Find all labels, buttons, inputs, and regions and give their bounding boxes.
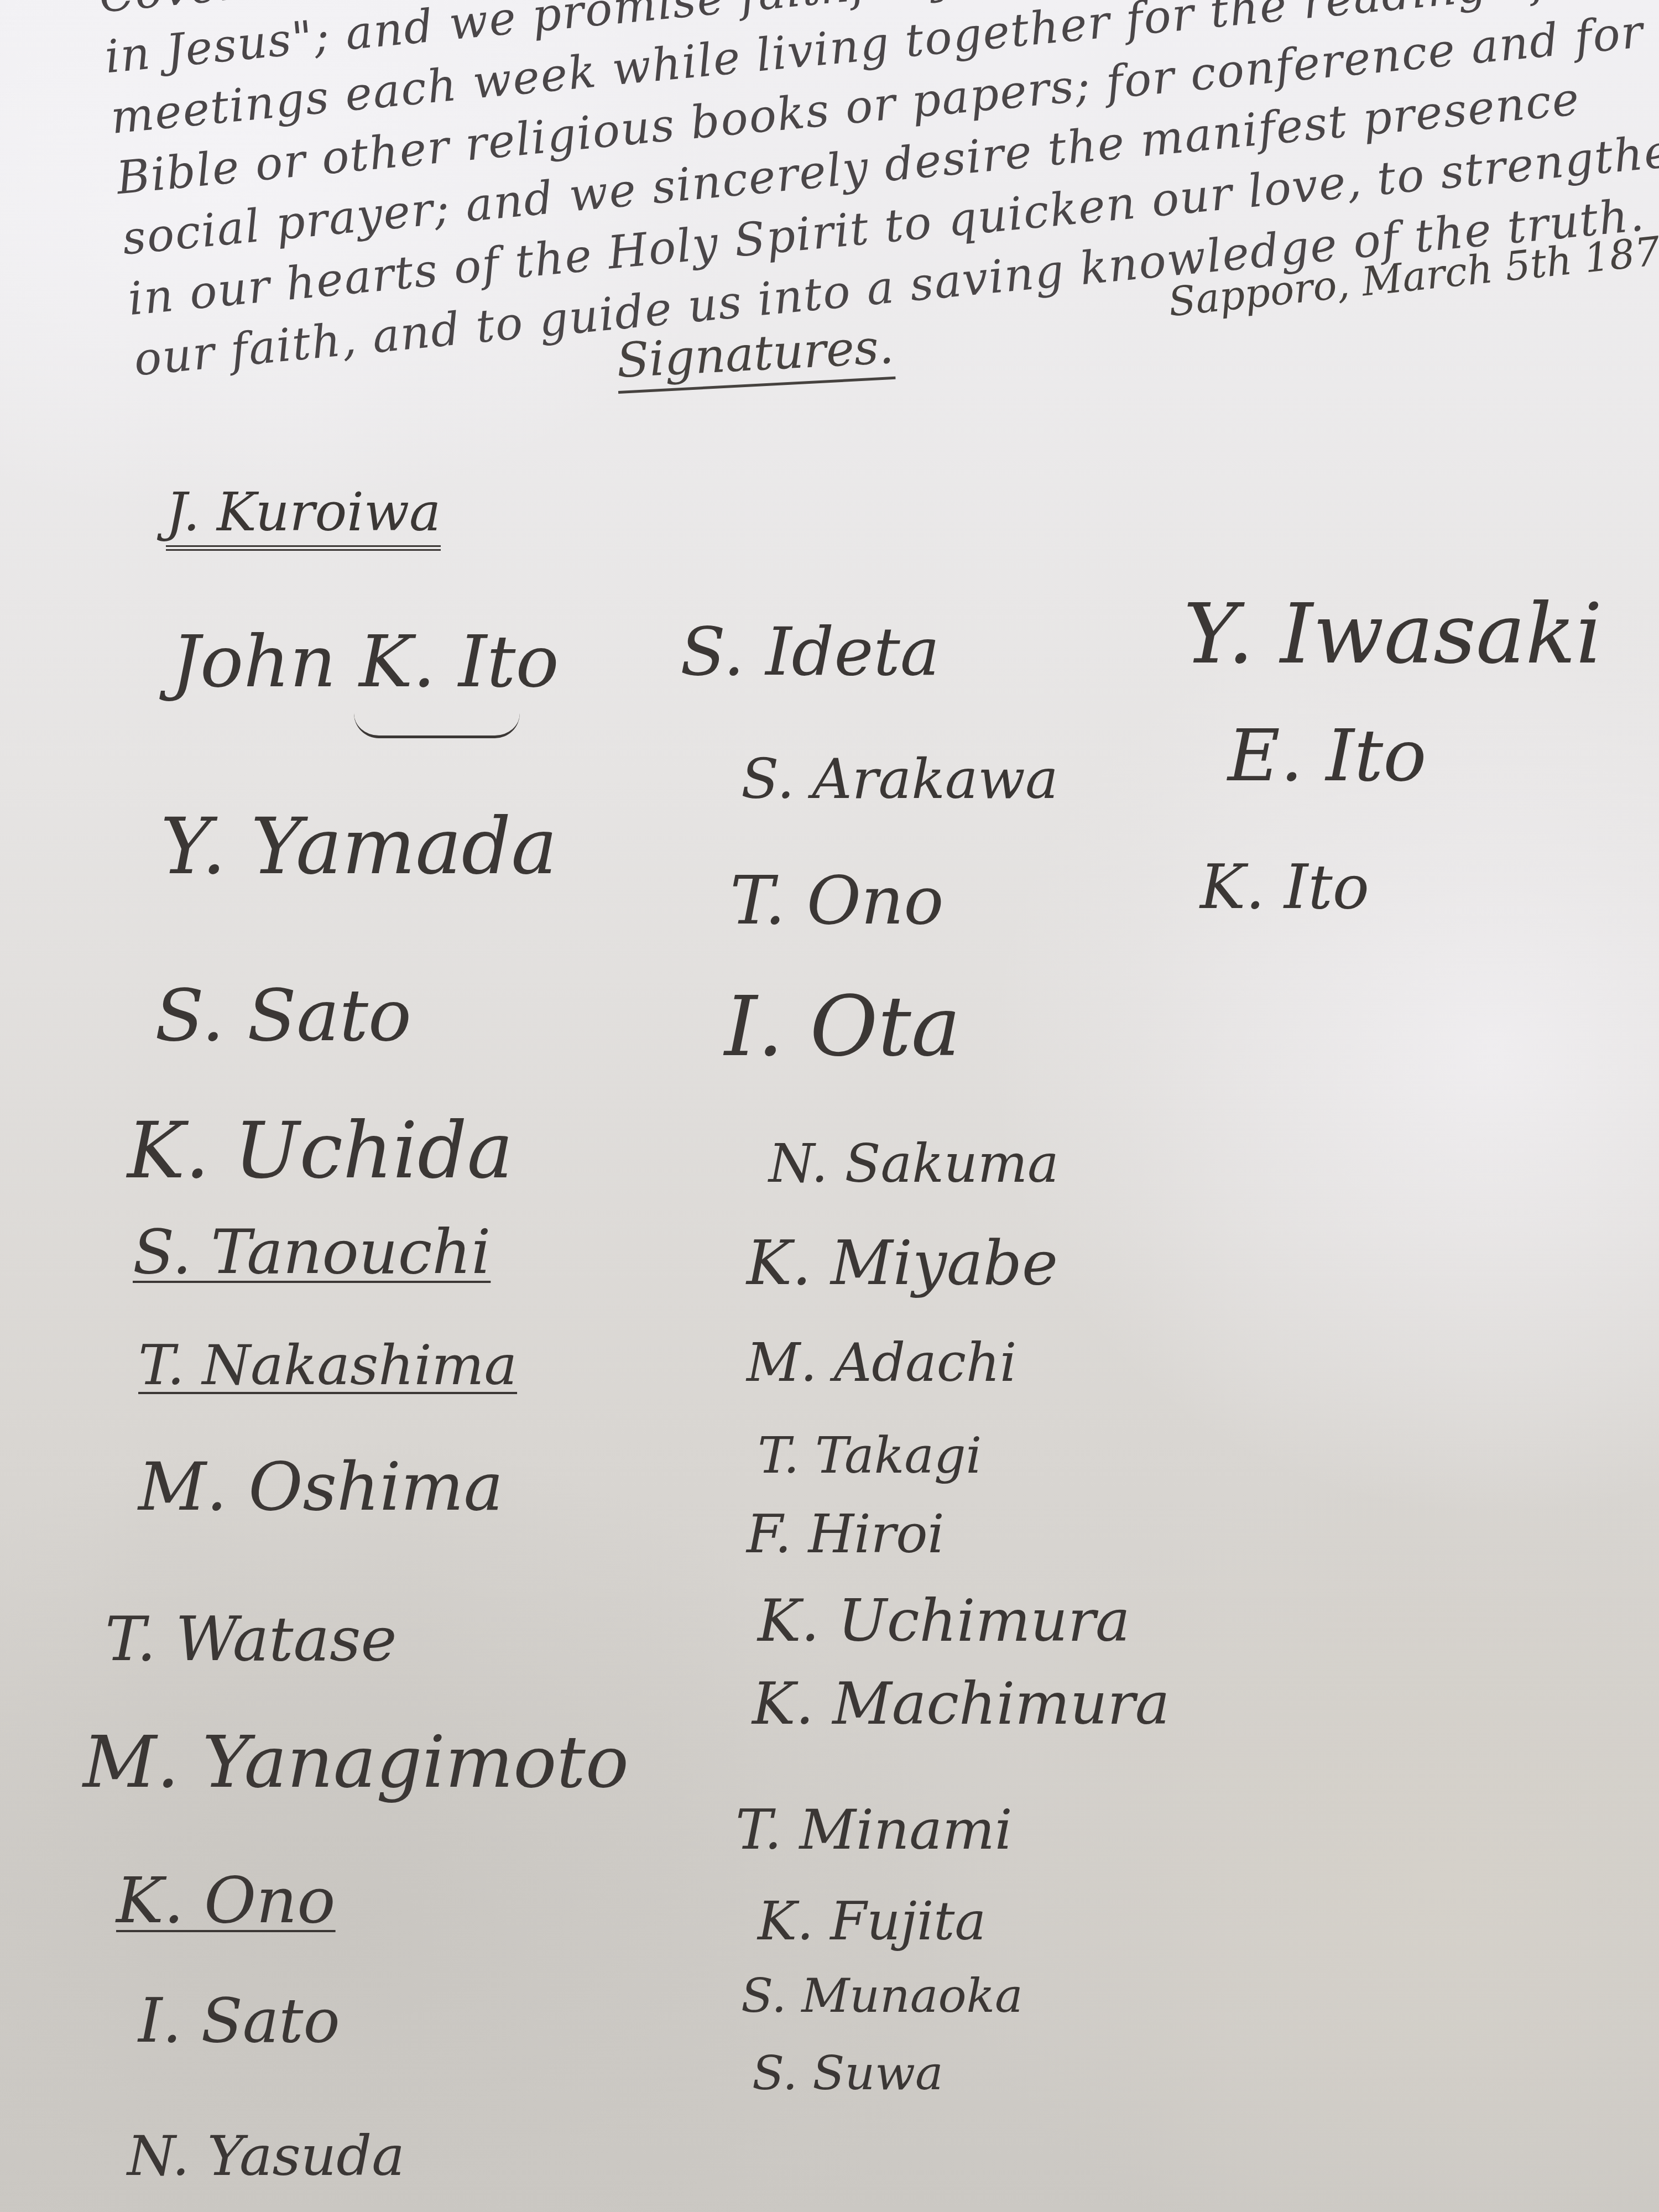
signature: I. Sato [138, 1985, 340, 2056]
signature: N. Yasuda [127, 2124, 405, 2188]
signature: K. Uchimura [758, 1587, 1130, 1655]
signature: S. Sato [155, 973, 411, 1057]
signature: N. Sakuma [769, 1134, 1059, 1194]
signature: K. Miyabe [747, 1228, 1058, 1298]
signature: F. Hiroi [747, 1504, 945, 1565]
signature: K. Ito [1200, 852, 1369, 922]
signature: E. Ito [1228, 713, 1426, 797]
signature: S. Munaoka [741, 1969, 1023, 2023]
signature: K. Uchida [127, 1106, 513, 1196]
signature: T. Nakashima [138, 1333, 517, 1397]
signature: Y. Yamada [160, 802, 557, 892]
signature: S. Tanouchi [133, 1217, 491, 1287]
signature-header-signer: J. Kuroiwa [166, 481, 441, 551]
signature: I. Ota [724, 979, 961, 1075]
signature: S. Ideta [680, 614, 940, 691]
signature: S. Arakawa [741, 747, 1058, 811]
signature: T. Ono [730, 863, 944, 940]
signature: K. Ono [116, 1864, 336, 1938]
signature: S. Suwa [752, 2046, 943, 2101]
signature: T. Takagi [758, 1427, 982, 1485]
signature: M. Adachi [747, 1333, 1017, 1394]
flourish-decoration [354, 713, 520, 738]
signature: Y. Iwasaki [1183, 586, 1602, 682]
signature: K. Fujita [758, 1891, 986, 1952]
signature: John K. Ito [171, 619, 559, 703]
signature: T. Watase [105, 1604, 397, 1674]
signature: T. Minami [735, 1797, 1013, 1862]
signature: K. Machimura [752, 1670, 1170, 1738]
signature: M. Oshima [138, 1449, 503, 1526]
signature: M. Yanagimoto [83, 1720, 629, 1804]
